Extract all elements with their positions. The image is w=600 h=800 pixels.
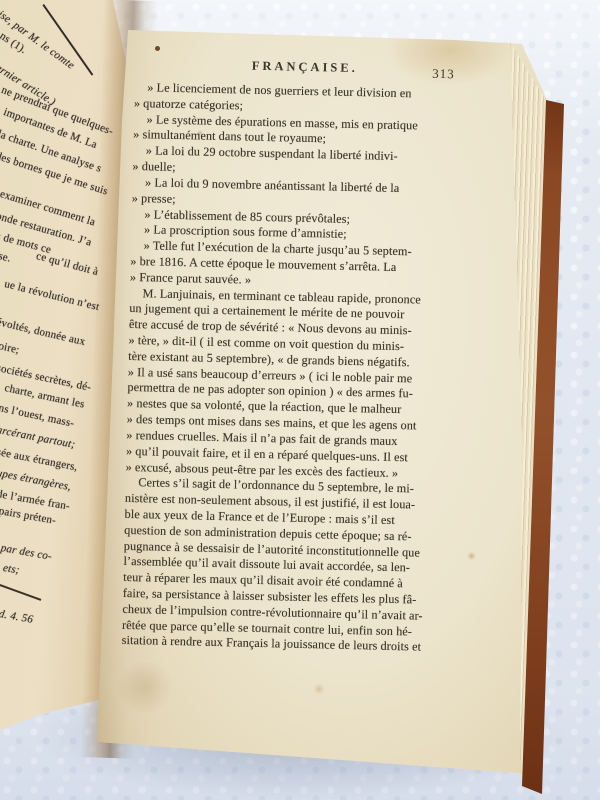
left-page-fragment: par des co- (0, 542, 53, 563)
left-page-fragment: ce qu’il doit à (35, 250, 100, 278)
left-page-fragment: ets; (2, 562, 20, 576)
book-photo: çaise, par M. le comtens (1).ernier arti… (0, 0, 600, 800)
body-text: FRANÇAISE. 313 » Le licenciement de nos … (122, 56, 475, 657)
stain (467, 552, 476, 560)
stain (155, 46, 160, 51)
left-page-fragment: ue la révolution n’est (3, 278, 101, 313)
left-page-fragment: oire; (0, 340, 21, 356)
left-page-fragment: se. (0, 250, 12, 265)
page-number: 313 (432, 66, 455, 83)
left-page-fragment: upes étrangères, (0, 467, 72, 493)
body-text-lines: » Le licenciement de nos guerriers et le… (122, 80, 475, 657)
left-page-fragment: d. 4. 56 (0, 608, 34, 626)
stain (313, 684, 325, 694)
stain (115, 662, 175, 712)
footnote-rule (0, 584, 41, 601)
right-page: FRANÇAISE. 313 » Le licenciement de nos … (85, 22, 565, 790)
